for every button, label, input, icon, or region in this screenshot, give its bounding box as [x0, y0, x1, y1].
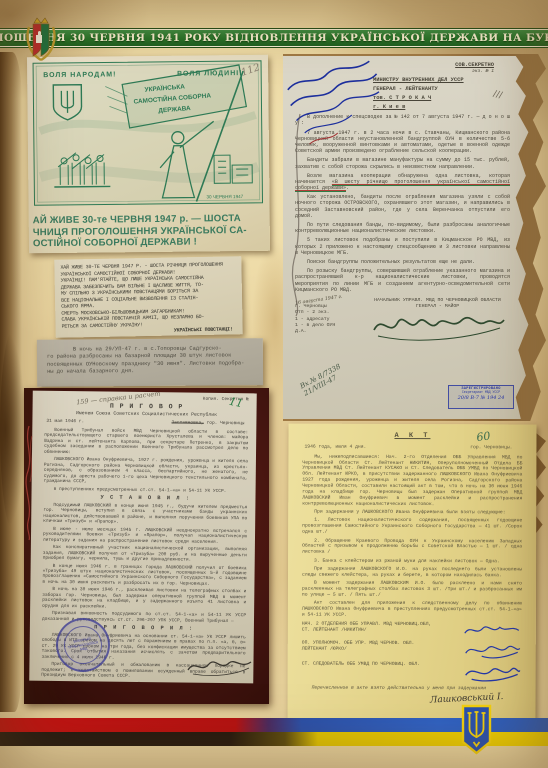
red-margin-scrawl-icon — [22, 422, 36, 542]
verdict-fact: Как конспиративный участник националисти… — [43, 545, 247, 564]
leaflet-artwork: ВОЛЯ НАРОДАМ! ВОЛЯ ЛЮДИНІ! УКРАЇНСЬКА СА… — [27, 55, 270, 214]
verdict-photo: Копия. Секретно № П Р И Г О В О Р Именем… — [24, 388, 269, 704]
act-paragraph: Акт составлен для приложения к следствен… — [302, 601, 522, 619]
report-paragraph: Возле магазина кооперации обнаружена одн… — [295, 173, 510, 192]
stamp-handwriting: 20/8 В-7 № 194 24 — [451, 395, 511, 401]
general-signature-icon — [368, 310, 508, 344]
leaflet-caption: АЙ ЖИВЕ 30-те ЧЕРВНЯ 1947 р. — ШОСТА ЧНИ… — [33, 213, 265, 251]
verdict-charges: в преступлениях предусмотренных ст.ст. 5… — [44, 486, 248, 494]
caption-line: ОСТІЙНОЇ СОБОРНОЇ ДЕРЖАВИ ! — [33, 236, 265, 250]
addressee-line: ГЕНЕРАЛ - ЛЕЙТЕНАНТУ — [373, 86, 510, 93]
addressee-line: МИНИСТРУ ВНУТРЕННИХ ДЕЛ УССР — [373, 77, 510, 84]
act-item: 3. Банка с клейстером из ржаной муки для… — [302, 558, 522, 565]
officer-signature-icon — [462, 662, 522, 682]
report-paragraph: По пути следования банды, по-видимому, б… — [295, 222, 510, 234]
header-banner: ПРОГОЛОШЕННЯ 30 ЧЕРВНЯ 1941 РОКУ ВІДНОВЛ… — [0, 29, 548, 47]
green-check-mark: 11 — [228, 395, 244, 411]
slip-line: посвященных ОУНовскому празднику "30 июн… — [47, 360, 255, 369]
art-date: 30 ЧЕРВНЯ 1947 — [206, 194, 243, 199]
act-document: А К Т 60 1946 года, июля 4 дня. гор. Чер… — [287, 424, 536, 730]
green-leaflet-poster: ВОЛЯ НАРОДАМ! ВОЛЯ ЛЮДИНІ! УКРАЇНСЬКА СА… — [27, 55, 270, 254]
report-paragraph: По розыску бандгруппы, совершившей ограб… — [295, 268, 510, 293]
act-item: 2. Обращение Краевого Провода ОУН к Укра… — [302, 538, 522, 556]
copies-line: Д.А. — [295, 329, 365, 335]
verdict-fact: В июне - июле месяцах 1945 г. ЛАШКОВСКИЙ… — [43, 526, 247, 545]
registration-stamp: ЗАРЕГИСТРИРОВАНО Секретариат МВД УССР 20… — [448, 385, 514, 409]
verdict-closing: Копия верна: председательствующий. — [41, 681, 245, 684]
page-title: ПРОГОЛОШЕННЯ 30 ЧЕРВНЯ 1941 РОКУ ВІДНОВЛ… — [0, 32, 548, 44]
act-signature-row: НАЧ. 2 ОТДЕЛЕНИЯ ОББ УПРАВЛ. МВД ЧЕРНОВИ… — [302, 622, 522, 639]
report-paragraph: 5 таких листовок подобраны и поступили в… — [295, 237, 510, 256]
signer-title: СТ. СЛЕДОВАТЕЛЬ ОББ УМВД ПО ЧЕРНОВИЦ. ОБ… — [302, 662, 452, 683]
act-paragraph: Мы, нижеподписавшиеся: Нач. 2-го Отделен… — [302, 454, 522, 508]
act-item: 1. Листовок националистического содержан… — [302, 518, 522, 536]
attestation-line: Перечисленное в акте взято действительно… — [302, 686, 522, 693]
handwritten-page-number: 60 — [476, 429, 492, 445]
report-paragraph: Поиски бандгруппы положительных результа… — [295, 259, 510, 265]
archival-poster-page: ПРОГОЛОШЕННЯ 30 ЧЕРВНЯ 1941 РОКУ ВІДНОВЛ… — [0, 0, 548, 768]
signer-title: ОП. УПОЛНОМОЧ. ОББ УПР. МВД ЧЕРНОВ. ОБЛ.… — [302, 641, 452, 660]
signer-title: НАЧАЛЬНИК УПРАВЛ. МВД ПО ЧЕРНОВИЦКОЙ ОБЛ… — [365, 298, 510, 304]
addressee-name: тов. С Т Р О К А Ч — [373, 95, 510, 102]
signature-block: НАЧАЛЬНИК УПРАВЛ. МВД ПО ЧЕРНОВИЦКОЙ ОБЛ… — [365, 298, 510, 347]
report-paragraph: Бандиты забрали в магазине мануфактуры н… — [295, 157, 510, 169]
report-paragraph: Как установлено, бандиты после ограблени… — [295, 194, 510, 219]
signer-title: НАЧ. 2 ОТДЕЛЕНИЯ ОББ УПРАВЛ. МВД ЧЕРНОВИ… — [302, 622, 452, 639]
act-signature-row: СТ. СЛЕДОВАТЕЛЬ ОББ УМВД ПО ЧЕРНОВИЦ. ОБ… — [302, 662, 522, 683]
gray-report-slip: В ночь на 29/УП-47 г. в с.Топоровцы Садг… — [37, 338, 263, 387]
judge-signature-icon — [185, 656, 255, 678]
bukovina-crest-icon — [24, 15, 58, 61]
verdict-fact: В конце июня 1946 г. в границах города Л… — [42, 563, 246, 587]
slip-line: ны до начала базарного дня. — [47, 367, 255, 376]
struck-place: Заставновка, — [171, 421, 203, 426]
underlined-leaflet-quote: «В шесту річницю проголошення українсько… — [295, 179, 510, 192]
act-place: гор. Черновицы. — [470, 445, 512, 451]
verdict-fact: Подсудимый ЛАШКОВСКИЙ в конце июня 1945 … — [43, 502, 247, 526]
art-slogan-left: ВОЛЯ НАРОДАМ! — [43, 71, 116, 79]
verdict-ustanovil: У С Т А Н О В И Л : — [43, 494, 247, 503]
verdict-place: Заставновка, гор. Черновицы — [171, 421, 244, 427]
officer-signature-icon — [462, 641, 522, 659]
act-date: 1946 года, июля 4 дня. — [304, 444, 366, 450]
pencil-margin-scrawl-icon — [288, 110, 310, 320]
tryzub-shield-icon — [461, 704, 492, 755]
verdict-date: 31 мая 1946 г. — [46, 419, 84, 425]
addressee-block: МИНИСТРУ ВНУТРЕННИХ ДЕЛ УССР ГЕНЕРАЛ - Л… — [373, 77, 510, 110]
verdict-paragraph: Военный Трибунал войск МВД Черновицкой о… — [44, 428, 248, 458]
verdict-fact: В ночь на 30 июня 1946 г., расклеивая ли… — [42, 587, 246, 611]
verdict-defendant: ЛАШКОВСКОГО Ивана Онуфриевича, 1927 г. р… — [44, 457, 248, 487]
stamp-text: ВОЕННЫЙ ТРИБУНАЛ ВОЙСК МВД — [65, 636, 101, 655]
act-paragraph: При задержании ЛАШКОВСКОГО И.О. на руках… — [302, 567, 522, 580]
typed-leaflet: ХАЙ ЖИВЕ 30-ТЕ ЧЕРВНЯ 1947 Р. - ШОСТА РІ… — [54, 256, 242, 338]
act-paragraph: В момент задержания ЛАШКОВСКИМ И.О. было… — [302, 581, 522, 599]
act-signature-row: ОП. УПОЛНОМОЧ. ОББ УПР. МВД ЧЕРНОВ. ОБЛ.… — [302, 641, 522, 660]
act-paragraph: При задержании у ЛАШКОВСКОГО Ивана Онуфр… — [302, 510, 522, 517]
officer-signature-icon — [462, 622, 522, 638]
